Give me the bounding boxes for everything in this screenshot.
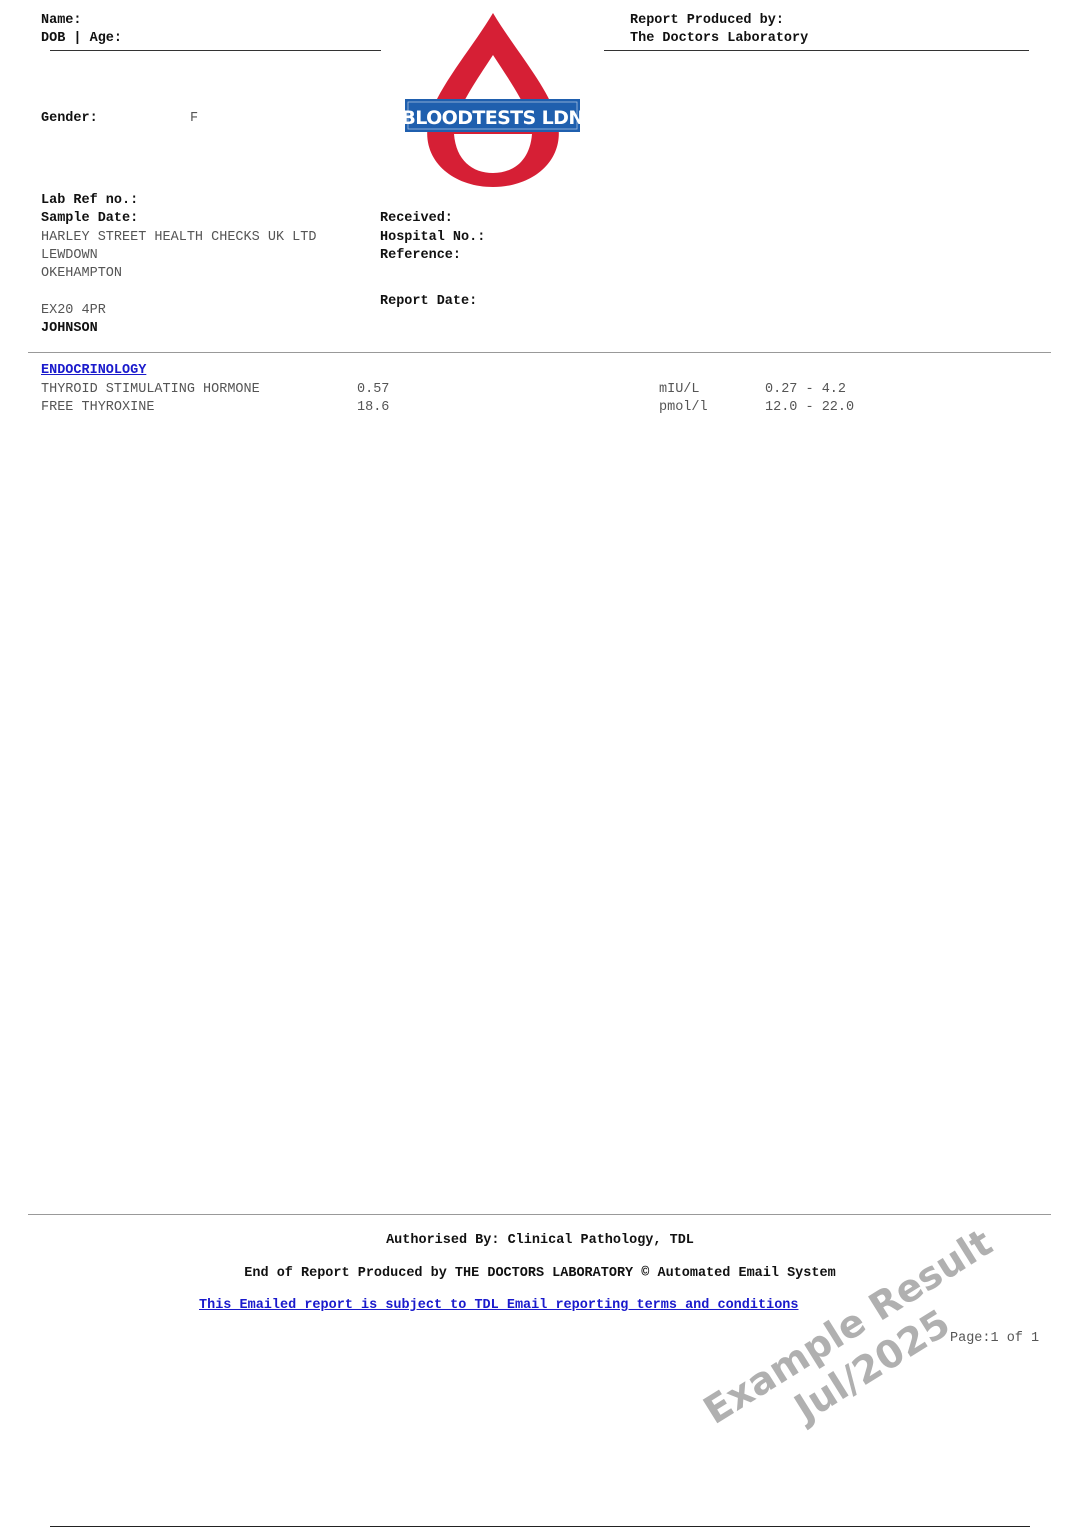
- bloodtests-ldn-logo: BLOODTESTS LDN: [404, 10, 582, 190]
- test-value: 0.57: [357, 382, 389, 397]
- report-produced-by-value: The Doctors Laboratory: [630, 31, 808, 46]
- terms-link[interactable]: This Emailed report is subject to TDL Em…: [199, 1298, 799, 1313]
- hospital-no-label: Hospital No.:: [380, 230, 485, 245]
- section-divider-bottom: [28, 1214, 1051, 1215]
- gender-value: F: [190, 111, 198, 126]
- gender-label: Gender:: [41, 111, 98, 126]
- authorised-by: Authorised By: Clinical Pathology, TDL: [0, 1233, 1080, 1248]
- section-divider-top: [28, 352, 1051, 353]
- report-date-label: Report Date:: [380, 294, 477, 309]
- sample-date-label: Sample Date:: [41, 211, 138, 226]
- blood-drop-icon: BLOODTESTS LDN: [404, 10, 582, 190]
- reference-label: Reference:: [380, 248, 461, 263]
- header-right-divider: [604, 50, 1029, 51]
- page-bottom-divider: [50, 1526, 1030, 1527]
- example-result-watermark: Example Result Jul/2025: [691, 1217, 1028, 1475]
- test-unit: mIU/L: [659, 382, 700, 397]
- svg-text:BLOODTESTS LDN: BLOODTESTS LDN: [404, 107, 582, 129]
- test-name: FREE THYROXINE: [41, 400, 154, 415]
- address-line-1: HARLEY STREET HEALTH CHECKS UK LTD: [41, 230, 316, 245]
- header-left-divider: [50, 50, 381, 51]
- test-range: 12.0 - 22.0: [765, 400, 854, 415]
- test-unit: pmol/l: [659, 400, 708, 415]
- postcode: EX20 4PR: [41, 303, 106, 318]
- dob-age-label: DOB | Age:: [41, 31, 122, 46]
- test-name: THYROID STIMULATING HORMONE: [41, 382, 260, 397]
- lab-ref-label: Lab Ref no.:: [41, 193, 138, 208]
- test-range: 0.27 - 4.2: [765, 382, 846, 397]
- patient-surname: JOHNSON: [41, 321, 98, 336]
- name-label: Name:: [41, 13, 82, 28]
- address-line-2: LEWDOWN: [41, 248, 98, 263]
- received-label: Received:: [380, 211, 453, 226]
- test-value: 18.6: [357, 400, 389, 415]
- report-produced-by-label: Report Produced by:: [630, 13, 784, 28]
- address-line-3: OKEHAMPTON: [41, 266, 122, 281]
- section-endocrinology-link[interactable]: ENDOCRINOLOGY: [41, 363, 146, 378]
